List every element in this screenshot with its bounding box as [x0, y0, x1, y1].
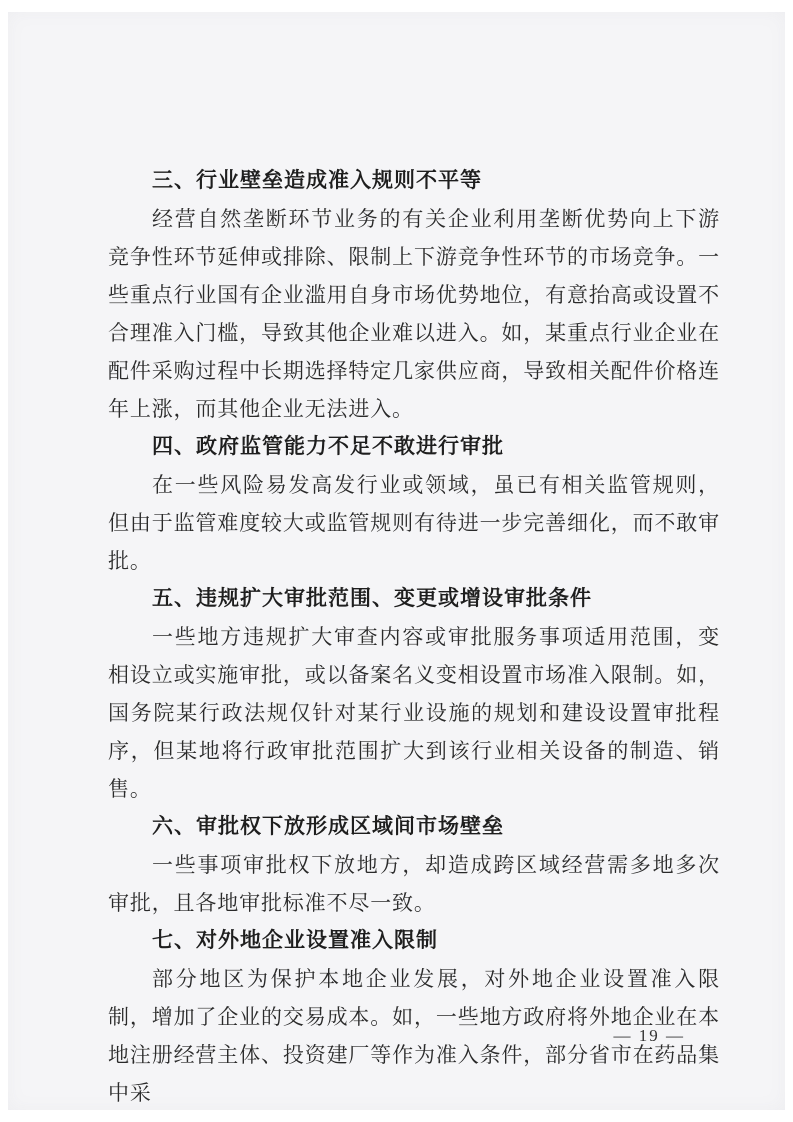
- page-number: — 19 —: [614, 1026, 686, 1046]
- paper-background: 三、行业壁垒造成准入规则不平等 经营自然垄断环节业务的有关企业利用垄断优势向上下…: [8, 12, 785, 1110]
- section-paragraph: 经营自然垄断环节业务的有关企业利用垄断优势向上下游竞争性环节延伸或排除、限制上下…: [108, 200, 720, 428]
- section-heading: 三、行业壁垒造成准入规则不平等: [108, 162, 720, 200]
- section-paragraph: 在一些风险易发高发行业或领域，虽已有相关监管规则，但由于监管难度较大或监管规则有…: [108, 466, 720, 580]
- section-paragraph: 一些地方违规扩大审查内容或审批服务事项适用范围，变相设立或实施审批，或以备案名义…: [108, 618, 720, 808]
- section-heading: 五、违规扩大审批范围、变更或增设审批条件: [108, 580, 720, 618]
- section-devolved-approval-barriers: 六、审批权下放形成区域间市场壁垒 一些事项审批权下放地方，却造成跨区域经营需多地…: [108, 808, 720, 922]
- section-expanded-approval-scope: 五、违规扩大审批范围、变更或增设审批条件 一些地方违规扩大审查内容或审批服务事项…: [108, 580, 720, 808]
- scanned-document-page: 三、行业壁垒造成准入规则不平等 经营自然垄断环节业务的有关企业利用垄断优势向上下…: [0, 0, 793, 1122]
- section-regulatory-capacity: 四、政府监管能力不足不敢进行审批 在一些风险易发高发行业或领域，虽已有相关监管规…: [108, 428, 720, 580]
- section-nonlocal-enterprise-restrictions: 七、对外地企业设置准入限制 部分地区为保护本地企业发展，对外地企业设置准入限制，…: [108, 922, 720, 1112]
- section-paragraph: 一些事项审批权下放地方，却造成跨区域经营需多地多次审批，且各地审批标准不尽一致。: [108, 846, 720, 922]
- section-heading: 七、对外地企业设置准入限制: [108, 922, 720, 960]
- section-heading: 四、政府监管能力不足不敢进行审批: [108, 428, 720, 466]
- section-industry-barriers: 三、行业壁垒造成准入规则不平等 经营自然垄断环节业务的有关企业利用垄断优势向上下…: [108, 162, 720, 428]
- document-content: 三、行业壁垒造成准入规则不平等 经营自然垄断环节业务的有关企业利用垄断优势向上下…: [108, 162, 720, 1112]
- section-heading: 六、审批权下放形成区域间市场壁垒: [108, 808, 720, 846]
